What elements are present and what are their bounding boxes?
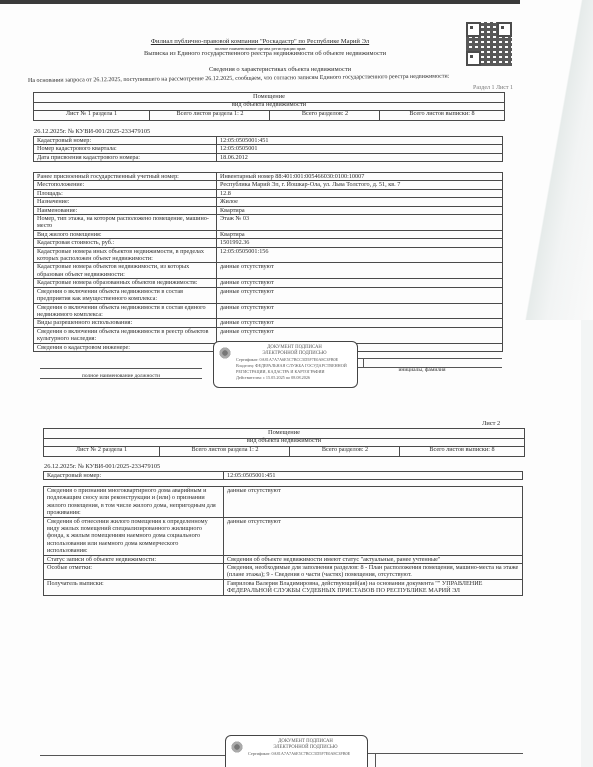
electronic-signature-stamp-2: ДОКУМЕНТ ПОДПИСАН ЭЛЕКТРОННОЙ ПОДПИСЬЮ С…	[225, 735, 368, 767]
table-row: Номер, тип этажа, на котором расположено…	[34, 215, 503, 231]
request-intro: На основании запроса от 26.12.2025, пост…	[28, 73, 449, 85]
characteristics-table: Ранее присвоенный государственный учетны…	[33, 172, 503, 352]
section-sheet-label: Раздел 1 Лист 1	[473, 84, 513, 92]
sheets-in-section: Всего листов раздела 1: 2	[149, 110, 270, 120]
table-row: Кадастровый номер: 12:05:0505001:451	[44, 472, 523, 480]
row-label: Номер, тип этажа, на котором расположено…	[34, 215, 217, 231]
position-caption: полное наименование должности	[40, 372, 202, 380]
row-value: данные отсутствуют	[217, 279, 503, 287]
table-row: Местоположение:Республика Марий Эл, г. Й…	[34, 181, 503, 189]
table-row: Сведения о включении объекта недвижимост…	[34, 303, 503, 319]
row-value: Сведения, необходимые для заполнения раз…	[224, 564, 523, 580]
sheet-info-bar: Лист № 1 раздела 1 Всего листов раздела …	[33, 110, 505, 121]
row-label: Сведения о кадастровом инженере:	[34, 343, 217, 351]
sheet2-page-label: Лист 2	[482, 420, 500, 428]
qr-code-icon	[466, 22, 512, 66]
sections-total: Всего разделов: 2	[269, 110, 380, 120]
row-value: 1501992.36	[217, 239, 503, 247]
row-label: Местоположение:	[34, 181, 217, 189]
electronic-signature-stamp: ДОКУМЕНТ ПОДПИСАН ЭЛЕКТРОННОЙ ПОДПИСЬЮ С…	[213, 341, 358, 388]
table-row: Сведения об отнесении жилого помещения к…	[44, 517, 523, 555]
row-value: Квартира	[217, 230, 503, 238]
table-row: Сведения о признании многоквартирного до…	[44, 487, 523, 518]
row-label: Номер кадастрового квартала:	[34, 145, 217, 153]
sheets-total: Всего листов выписки: 8	[379, 110, 504, 120]
table-row: Кадастровые номера иных объектов недвижи…	[34, 247, 503, 263]
name-caption: инициалы, фамилия	[342, 366, 502, 374]
coat-of-arms-icon	[219, 346, 231, 360]
row-value: Сведения об объекте недвижимости имеют с…	[224, 555, 523, 563]
table-row: Дата присвоения кадастрового номера:18.0…	[34, 153, 503, 161]
sheet2-name-line	[365, 753, 523, 754]
sheet2-signature-line	[40, 755, 240, 756]
row-value: Республика Марий Эл, г. Йошкар-Ола, ул. …	[217, 181, 503, 189]
table-row: Особые отметки:Сведения, необходимые для…	[44, 564, 523, 580]
row-label: Кадастровые номера образованных объектов…	[34, 279, 217, 287]
row-value: 18.06.2012	[217, 153, 503, 161]
table-row: Площадь:12.8	[34, 189, 503, 197]
row-label: Наименование:	[34, 206, 217, 214]
row-value: 12:05:0505001:451	[224, 472, 523, 480]
row-label: Назначение:	[34, 198, 217, 206]
sheet2-number: Лист № 2 раздела 1	[44, 446, 159, 456]
row-value: 12:05:0505001	[217, 145, 503, 153]
table-row: Ранее присвоенный государственный учетны…	[34, 173, 503, 181]
coat-of-arms-icon	[231, 740, 243, 754]
row-label: Особые отметки:	[44, 564, 224, 580]
table-row: Назначение:Жилое	[34, 198, 503, 206]
row-label: Виды разрешенного использования:	[34, 319, 217, 327]
table-row: Кадастровые номера образованных объектов…	[34, 279, 503, 287]
sheet2-details-table: Сведения о признании многоквартирного до…	[43, 486, 523, 596]
row-value: Жилое	[217, 198, 503, 206]
row-label: Сведения о признании многоквартирного до…	[44, 487, 224, 518]
row-value: данные отсутствуют	[217, 287, 503, 303]
sheet-number: Лист № 1 раздела 1	[34, 110, 149, 120]
row-value: данные отсутствуют	[217, 319, 503, 327]
row-label: Получатель выписки:	[44, 579, 224, 595]
divider	[375, 753, 376, 767]
table-row: Наименование:Квартира	[34, 206, 503, 214]
table-row: Кадастровый номер:12:05:0505001:451	[34, 137, 503, 145]
row-label: Ранее присвоенный государственный учетны…	[34, 173, 217, 181]
row-label: Дата присвоения кадастрового номера:	[34, 153, 217, 161]
row-label: Кадастровые номера объектов недвижимости…	[34, 263, 217, 279]
row-value: 12:05:0505001:451	[217, 137, 503, 145]
row-value: Инвентарный номер 88:401:001:005466030:0…	[217, 173, 503, 181]
sheet2-info-bar: Лист № 2 раздела 1 Всего листов раздела …	[43, 446, 525, 457]
stamp-certificate: Сертификат: 0A81A7A7A6E5C7BCC5D5F7E0A8C3…	[248, 751, 363, 757]
sheet2-extract-id: 26.12.2025г. № КУВИ-001/2025-233479105	[44, 463, 160, 471]
row-label: Кадастровый номер:	[44, 472, 224, 480]
sheet2-object-type-caption: вид объекта недвижимости	[44, 437, 524, 445]
row-label: Сведения о включении объекта недвижимост…	[34, 303, 217, 319]
table-row: Кадастровая стоимость, руб.:1501992.36	[34, 239, 503, 247]
table-row: Кадастровые номера объектов недвижимости…	[34, 263, 503, 279]
row-value: данные отсутствуют	[224, 517, 523, 555]
extract-id: 26.12.2025г. № КУВИ-001/2025-233479105	[34, 128, 150, 136]
sheet2-sheets-in-section: Всего листов раздела 1: 2	[159, 446, 290, 456]
row-value: 12.8	[217, 189, 503, 197]
document-title: Выписка из Единого государственного реес…	[100, 50, 430, 58]
document-page: Филиал публично-правовой компании "Роска…	[0, 0, 593, 767]
table-row: Виды разрешенного использования:данные о…	[34, 319, 503, 327]
row-label: Кадастровый номер:	[34, 137, 217, 145]
row-value: данные отсутствуют	[217, 303, 503, 319]
sheet2-object-type: Помещение	[44, 429, 524, 437]
row-label: Вид жилого помещения:	[34, 230, 217, 238]
signature-line	[40, 368, 202, 369]
top-rows-table: Кадастровый номер:12:05:0505001:451Номер…	[33, 136, 503, 162]
object-type-caption: вид объекта недвижимости	[34, 101, 504, 109]
sheet2-sheets-total: Всего листов выписки: 8	[399, 446, 524, 456]
table-row: Номер кадастрового квартала:12:05:050500…	[34, 145, 503, 153]
row-value: данные отсутствуют	[224, 487, 523, 518]
row-value: 12:05:0505001:156	[217, 247, 503, 263]
row-value: Этаж № 03	[217, 215, 503, 231]
row-label: Статус записи об объекте недвижимости:	[44, 555, 224, 563]
stamp-validity: Действителен: с 15.05.2025 по 08.08.2026	[236, 375, 353, 381]
table-row: Статус записи об объекте недвижимости:Св…	[44, 555, 523, 563]
row-label: Сведения о включении объекта недвижимост…	[34, 327, 217, 343]
table-row: Сведения о включении объекта недвижимост…	[34, 287, 503, 303]
row-label: Сведения о включении объекта недвижимост…	[34, 287, 217, 303]
name-line	[342, 358, 502, 359]
row-label: Кадастровая стоимость, руб.:	[34, 239, 217, 247]
row-value: Квартира	[217, 206, 503, 214]
sheet2-sections-total: Всего разделов: 2	[289, 446, 400, 456]
table-row: Вид жилого помещения:Квартира	[34, 230, 503, 238]
row-label: Сведения об отнесении жилого помещения к…	[44, 517, 224, 555]
row-label: Площадь:	[34, 189, 217, 197]
row-label: Кадастровые номера иных объектов недвижи…	[34, 247, 217, 263]
row-value: данные отсутствуют	[217, 263, 503, 279]
table-row: Получатель выписки:Гаврилова Валерия Вла…	[44, 579, 523, 595]
object-type: Помещение	[34, 93, 504, 101]
sheet2-table: Кадастровый номер: 12:05:0505001:451	[43, 471, 523, 480]
row-value: Гаврилова Валерия Владимировна, действую…	[224, 579, 523, 595]
